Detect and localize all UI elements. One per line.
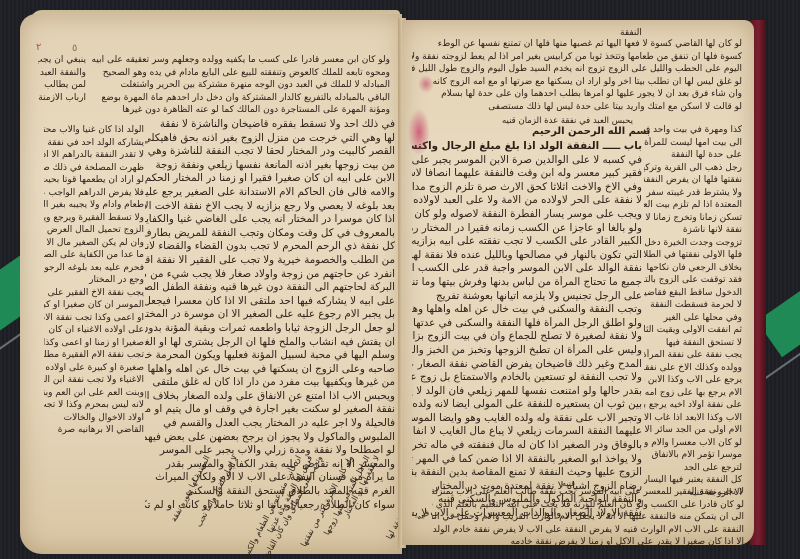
text-line: على الرجل تجنيس ولا يلزمه اتيانها بعوشنة…	[412, 290, 642, 304]
side-line: الموسر ان كان صغيرا او كبيرا زمنا	[44, 299, 144, 312]
text-line: لها وهي التي خرجت من منزل الزوج بغير اذن…	[145, 132, 395, 146]
side-line: لا لحرمة فسقطت النفقة	[644, 299, 742, 312]
red-ink-stain	[408, 108, 430, 156]
text-line: ويجب على موسر يسار الفطرة النفقة لاصوله …	[412, 208, 642, 222]
side-line: صغيرا او زمنا او اعمى وكذا	[44, 337, 144, 350]
side-line: الام يرجع بها على زوج امه وكذا الاخ	[644, 387, 742, 400]
side-line: اولاد الاخوال والخالات	[44, 412, 144, 425]
side-line: لو كان الاب معسرا والام والاب	[644, 437, 742, 450]
side-line: بخلاف الرجعي فان نكاحها قائم	[644, 262, 742, 275]
side-line: لترجع على الجد	[644, 462, 742, 475]
red-ink-stain	[418, 75, 434, 93]
side-line: يجب نفقة على نفقة المرأة الغايب	[644, 349, 742, 362]
left-side-column: الولد اذا كان غنيا والاب محتاجا الى يشار…	[44, 124, 144, 437]
text-line: المبادله لا للملك في العبد دون الوجه منه…	[80, 79, 390, 92]
side-line: وولده وكذلك الاخ على نفقة الولد	[644, 362, 742, 375]
side-line: فحرم عليه بعد بلوغه الرجوع ولا	[44, 262, 144, 275]
text-line: في ذلك احد ولا تسقط بفقره قاضيخان والناش…	[145, 118, 395, 132]
running-header: النفقة	[620, 28, 642, 38]
right-footer-block: لا تجب نفقة الفقير للمعسر على ابيه الموس…	[432, 486, 744, 549]
text-line: لو جعل الرجل الزوجة ثيابا واطعمه ثمرات و…	[145, 322, 395, 336]
text-line: ومحوه تابعه للملك كالعوض وتنفقته للبيع ع…	[80, 67, 390, 80]
side-line: ثم انفقت الاولى ويقيت الثانية	[644, 324, 742, 337]
side-line: وفي محلها على الغير	[644, 312, 742, 325]
text-line: نفقة الصغير لو سكنت بغير اجارة في وقف او…	[145, 403, 395, 417]
text-line: بالوفاق ودر الصغير اذا كان له مال فنفقته…	[412, 439, 642, 453]
text-line: الزوج عليها وحيث النفقة لا تمنع المقاصة …	[412, 466, 642, 480]
text-line: من الطلب والخصومة خيرية ولا تجب على الفق…	[145, 254, 395, 268]
text-line: لا نفقة على الحر لاولاده من الامة ولا عل…	[412, 194, 642, 208]
text-line: على ابيه لا يشاركه فيها احد ملتقى الا اذ…	[145, 295, 395, 309]
side-line: فقد توقفت على الزوج بالتزويج	[644, 274, 742, 287]
text-line: بين ثوب ان يستعيره للنفقة على المولى ايض…	[412, 398, 642, 412]
side-line: الاب وكذا الابعد اذا غاب الاقرب	[644, 412, 742, 425]
side-line: لو اراد ان يطعمها قوتا بحيث اليه	[44, 174, 144, 187]
chapter-title-line: باب ـــــ النفقة الولد اذا بلغ مبلغ الرج…	[412, 140, 642, 154]
left-header-block: ولو كان ابن معسر قادرا على كسب ما يكفيه …	[80, 54, 390, 117]
side-line: الولد اذا كان غنيا والاب محتاجا الى	[44, 124, 144, 137]
side-line: تسكن زمانا وتخرج زمانا لا تستحق	[644, 212, 742, 225]
side-line: او اعمى وكذا تجب نفقة الام الفقيرة	[44, 312, 144, 325]
side-line: الزوج تحميل المال العرض عليه قنيه	[44, 224, 144, 237]
side-line: صغيرة او كبيرة على اولاده	[44, 362, 144, 375]
side-line: تجب نفقة الام الفقيرة مطلقا	[44, 349, 144, 362]
text-line: اليوم على الحطب والليل على الزوج تزوج ان…	[412, 63, 742, 76]
text-line: بعد بلوغه لا يعصي ولا رجع بزازيه لا يجب …	[145, 200, 395, 214]
side-line: الدخول ساقط البقع فقاضيخان	[644, 287, 742, 300]
basmala: بسم الله الرحمن الرحيم	[532, 126, 650, 137]
text-line: وسلم اليها في محبة لسبيل المؤنة فعليها و…	[145, 349, 395, 363]
text-line: لا تجب نفقة الفقير للمعسر على ابيه الموس…	[432, 486, 744, 499]
side-line: لا تستحق النفقة فيها	[644, 337, 742, 350]
side-line: فلا يفرض الدراهم الواجب عليه	[44, 187, 144, 200]
text-line: عليهما النفقة السرمات زيلعي لا يباع مال …	[412, 425, 642, 439]
text-line: كل نفقة ذي الرحم المحرم لا تجب بدون القض…	[145, 240, 395, 254]
right-header-block: لو كان لها القاضي كسوة لا فعها اليها ثم …	[412, 38, 742, 113]
text-line: لو كان قادرا على الكسب ولو كان العلم للو…	[432, 499, 744, 512]
side-line: القاضي الا برهانيه صرة	[44, 424, 144, 437]
side-line: لا تقدر النفقة بالدراهم الا اذا	[44, 149, 144, 162]
side-line: على اولاده الاغنياء ان كان	[44, 324, 144, 337]
text-line: القصر كالبيت ودر المختار لحقا لا تجب الن…	[145, 145, 395, 159]
text-line: الباقي بالمبادله بالتفريع كالدار المشترك…	[80, 92, 390, 105]
side-line: ظهرت المصلحة في ذلك صرة	[44, 162, 144, 175]
side-line: ما عدا من الكفاية على الصغير	[44, 249, 144, 262]
side-line: يشاركه الولد احد في نفقة الوالد كرخي	[44, 137, 144, 150]
text-line: ولو بالغا او عاجزا عن الكسب زمانه فقيرا …	[412, 222, 642, 236]
text-line: بل يجبر الام رجوع عليه على الصغير الا ان…	[145, 308, 395, 322]
text-line: الى ان يتمكن منه فالنفقة عليها الا انه ل…	[432, 511, 744, 524]
text-line: وليس على المرأة ان تطبخ الزوجها وتخبز من…	[412, 344, 642, 358]
text-line: والامه فالى فان الحاكم الام الاستدانة عل…	[145, 186, 395, 200]
side-line: موسرا تؤمر الام بالانفاق	[644, 449, 742, 462]
text-line: بقدر حالها ولو امتنعت نفسها للمهر زيلعي …	[412, 385, 642, 399]
side-note: لمن يطالب	[38, 79, 86, 92]
text-line: لو كان لها القاضي كسوة لا فعها اليها ثم …	[412, 38, 742, 51]
text-line: وفي الاخ والاخت اثلاثا كحق الارث صرة تلز…	[412, 181, 642, 195]
side-line: وبنت العم على ابن العم وبنت العم	[44, 387, 144, 400]
text-line: من غيرها ويكفيها بيت مفرد من دار اذا كان…	[145, 376, 395, 390]
side-note: ينبغي ان يجب نفقة البيع قبل القبض على ال…	[38, 54, 86, 67]
side-line: طعام وادام ولا يجيبه بغير الدراهم	[44, 199, 144, 212]
text-line: في كسبه لا على الوالدين صرة الابن الموسر…	[412, 154, 642, 168]
text-line: الكبير القادر على الكسب لا تجب نفقته على…	[412, 235, 642, 249]
text-line: ويحبس الاب اذا امتنع عن الانفاق على ولده…	[145, 390, 395, 404]
side-line: الام اولى من الجد سائر الاقارب حتى	[644, 424, 742, 437]
side-line: وجع در المختار	[44, 274, 144, 287]
text-line: ولو اطلق الرجل المرأة فلها النفقة والسكن…	[412, 317, 642, 331]
text-line: نفقة الوالد على الابن الموسر واجبة قدر ع…	[412, 262, 642, 276]
side-line: ولا يشترط قدر غيبته سفر	[644, 187, 742, 200]
text-line: جميع ما تحتاج المرأة من لباس بدنها وفرش …	[412, 276, 642, 290]
text-line: صاحبه وعلى الزوج ان يسكنها في بيت خال عن…	[145, 363, 395, 377]
side-line: على نفقة اولاد اخيه يرجع بها على	[644, 399, 742, 412]
folio-number: ٥	[72, 43, 77, 54]
side-line: الى بيت امها ليست للمرأة الرجعة بها	[644, 137, 742, 150]
side-line: نفقتها فلها ان يفرض النفقة مع غيبته	[644, 174, 742, 187]
text-line: وتجبر الاب على نفقة وله ولده الغايب وهو …	[412, 412, 642, 426]
text-line: الملبوس والماكول ولا يجوز ان يرجح بعضهن …	[145, 431, 395, 445]
text-line: اذا كان موسرا در المختار انه يجب على الغ…	[145, 213, 395, 227]
side-line: نفقة لانها ناشزة	[644, 224, 742, 237]
text-line: انفرد عن حاجتهم من زوجة واولاد صغار فلا …	[145, 268, 395, 282]
side-line: لانه ليس بمحرم وكذا لا تجب نفقة	[44, 399, 144, 412]
side-line: ولا تسقط الفقيرة ويرجع ويبقى	[44, 212, 144, 225]
side-line: يجب نفقة الاخ الفقير على اخيه	[44, 287, 144, 300]
left-main-column: في ذلك احد ولا تسقط بفقره قاضيخان والناش…	[145, 118, 395, 512]
right-page: النفقة لو كان لها القاضي كسوة لا فعها ال…	[402, 20, 754, 545]
text-line: ولا يواخذ ابو الصغير بالنفقة الا اذا ضمن…	[412, 453, 642, 467]
side-line: كذا ومهرة في بيت واحد فذهب الكفة	[644, 124, 742, 137]
text-line: كسوة فلها ان تنفق من طعامها وتتخذ ثوبا م…	[412, 51, 742, 64]
side-note: والنفقة العبد البيع بشرط	[38, 67, 86, 80]
side-note: ارباب الازمنة فتيه	[38, 92, 86, 105]
text-line: فقير كبير معسر وله ابن وقت فالنفقة عليهم…	[412, 167, 642, 181]
text-line: لو قالت لا اسكن مع امتك واريد بيتا على ح…	[412, 101, 742, 114]
side-line: يرجع على الاب وكذا الابن على نفقة	[644, 374, 742, 387]
text-line: من بيت زوجها بغير اذنه المانعة نفسها زيل…	[145, 159, 395, 173]
text-line: الابن على ابيه ان كان صغيرا فقيرا او زمن…	[145, 172, 395, 186]
text-line: بالمعروف في كل وقت ومكان وتجب النفقة للم…	[145, 227, 395, 241]
text-line: ان يفتش فيه انشاب والملح فلها ان الرجل ي…	[145, 336, 395, 350]
side-line: وان لم يكن الصغير مال الا شرطا	[44, 237, 144, 250]
text-line: النفقة على الاب الام الوارث قنيه لا يفرض…	[432, 524, 744, 537]
text-line: لو اصطلحا ولا نفقة ومدة زرلي والاب يجبر …	[145, 444, 395, 458]
left-page: ٥ ٢ ولو كان ابن معسر قادرا على كسب ما يك…	[20, 14, 402, 554]
left-header-side-notes: ينبغي ان يجب نفقة البيع قبل القبض على ال…	[38, 54, 86, 104]
chapter-note: يحبس العبد في نفقة عدة الزمان قنيه	[502, 116, 633, 126]
text-line: ولا تجب النفقة لو تستعين بالخادم والاستم…	[412, 371, 642, 385]
side-line: فلها الاولى نفقتها في الطلاق البائن	[644, 249, 742, 262]
text-line: ولو كان ابن معسر قادرا على كسب ما يكفيه …	[80, 54, 390, 67]
text-line: المدح وغير ذلك قاضيخان يفرض القاضي نفقة …	[412, 358, 642, 372]
side-line: رجل ذهب الى القرية وتركها في البلد	[644, 162, 742, 175]
side-line: المعتدة اذا لم تلزم بيت العدة بل	[644, 199, 742, 212]
side-line: تزوجت وجدت الخيرة دخل بها الثاني	[644, 237, 742, 250]
side-line: على حدة لها النفقة	[644, 149, 742, 162]
text-line: لو غلق ليس لها ان تطلب بيتا اخر ولو اراد…	[412, 76, 742, 89]
text-line: البركة لحاجتهم الى النفقة دون غيرها قنيه…	[145, 281, 395, 295]
side-line: كل النفقة يعتبر فيها اليسار والحاجة	[644, 474, 742, 487]
text-line: ولا نفقة لصغيرة لا تصلح للجماع وان في بي…	[412, 330, 642, 344]
text-line: وان شاء فرق بعد ان لا يجور عليها لو امره…	[412, 88, 742, 101]
folio-mark-red: ٢	[36, 42, 41, 53]
text-line: التي تكون بالنهار في مصالحها وبالليل عند…	[412, 249, 642, 263]
text-line: وتجب النفقة والسكنى في بيت خال عن اهله و…	[412, 303, 642, 317]
text-line: الا اذا كان صغيرا لا يقدر على الاكل او ز…	[432, 536, 744, 549]
right-main-column: باب ـــــ النفقة الولد اذا بلغ مبلغ الرج…	[412, 140, 642, 521]
right-side-column: كذا ومهرة في بيت واحد فذهب الكفة الى بيت…	[644, 124, 742, 499]
text-line: فالحيلة ولا اجر عليه در المختار يجب العد…	[145, 417, 395, 431]
side-line: الاغنياء ولا تجب نفقة ابن العم	[44, 374, 144, 387]
text-line: ومؤنة المهرة على المستاجرة دون المالك كم…	[80, 104, 390, 117]
